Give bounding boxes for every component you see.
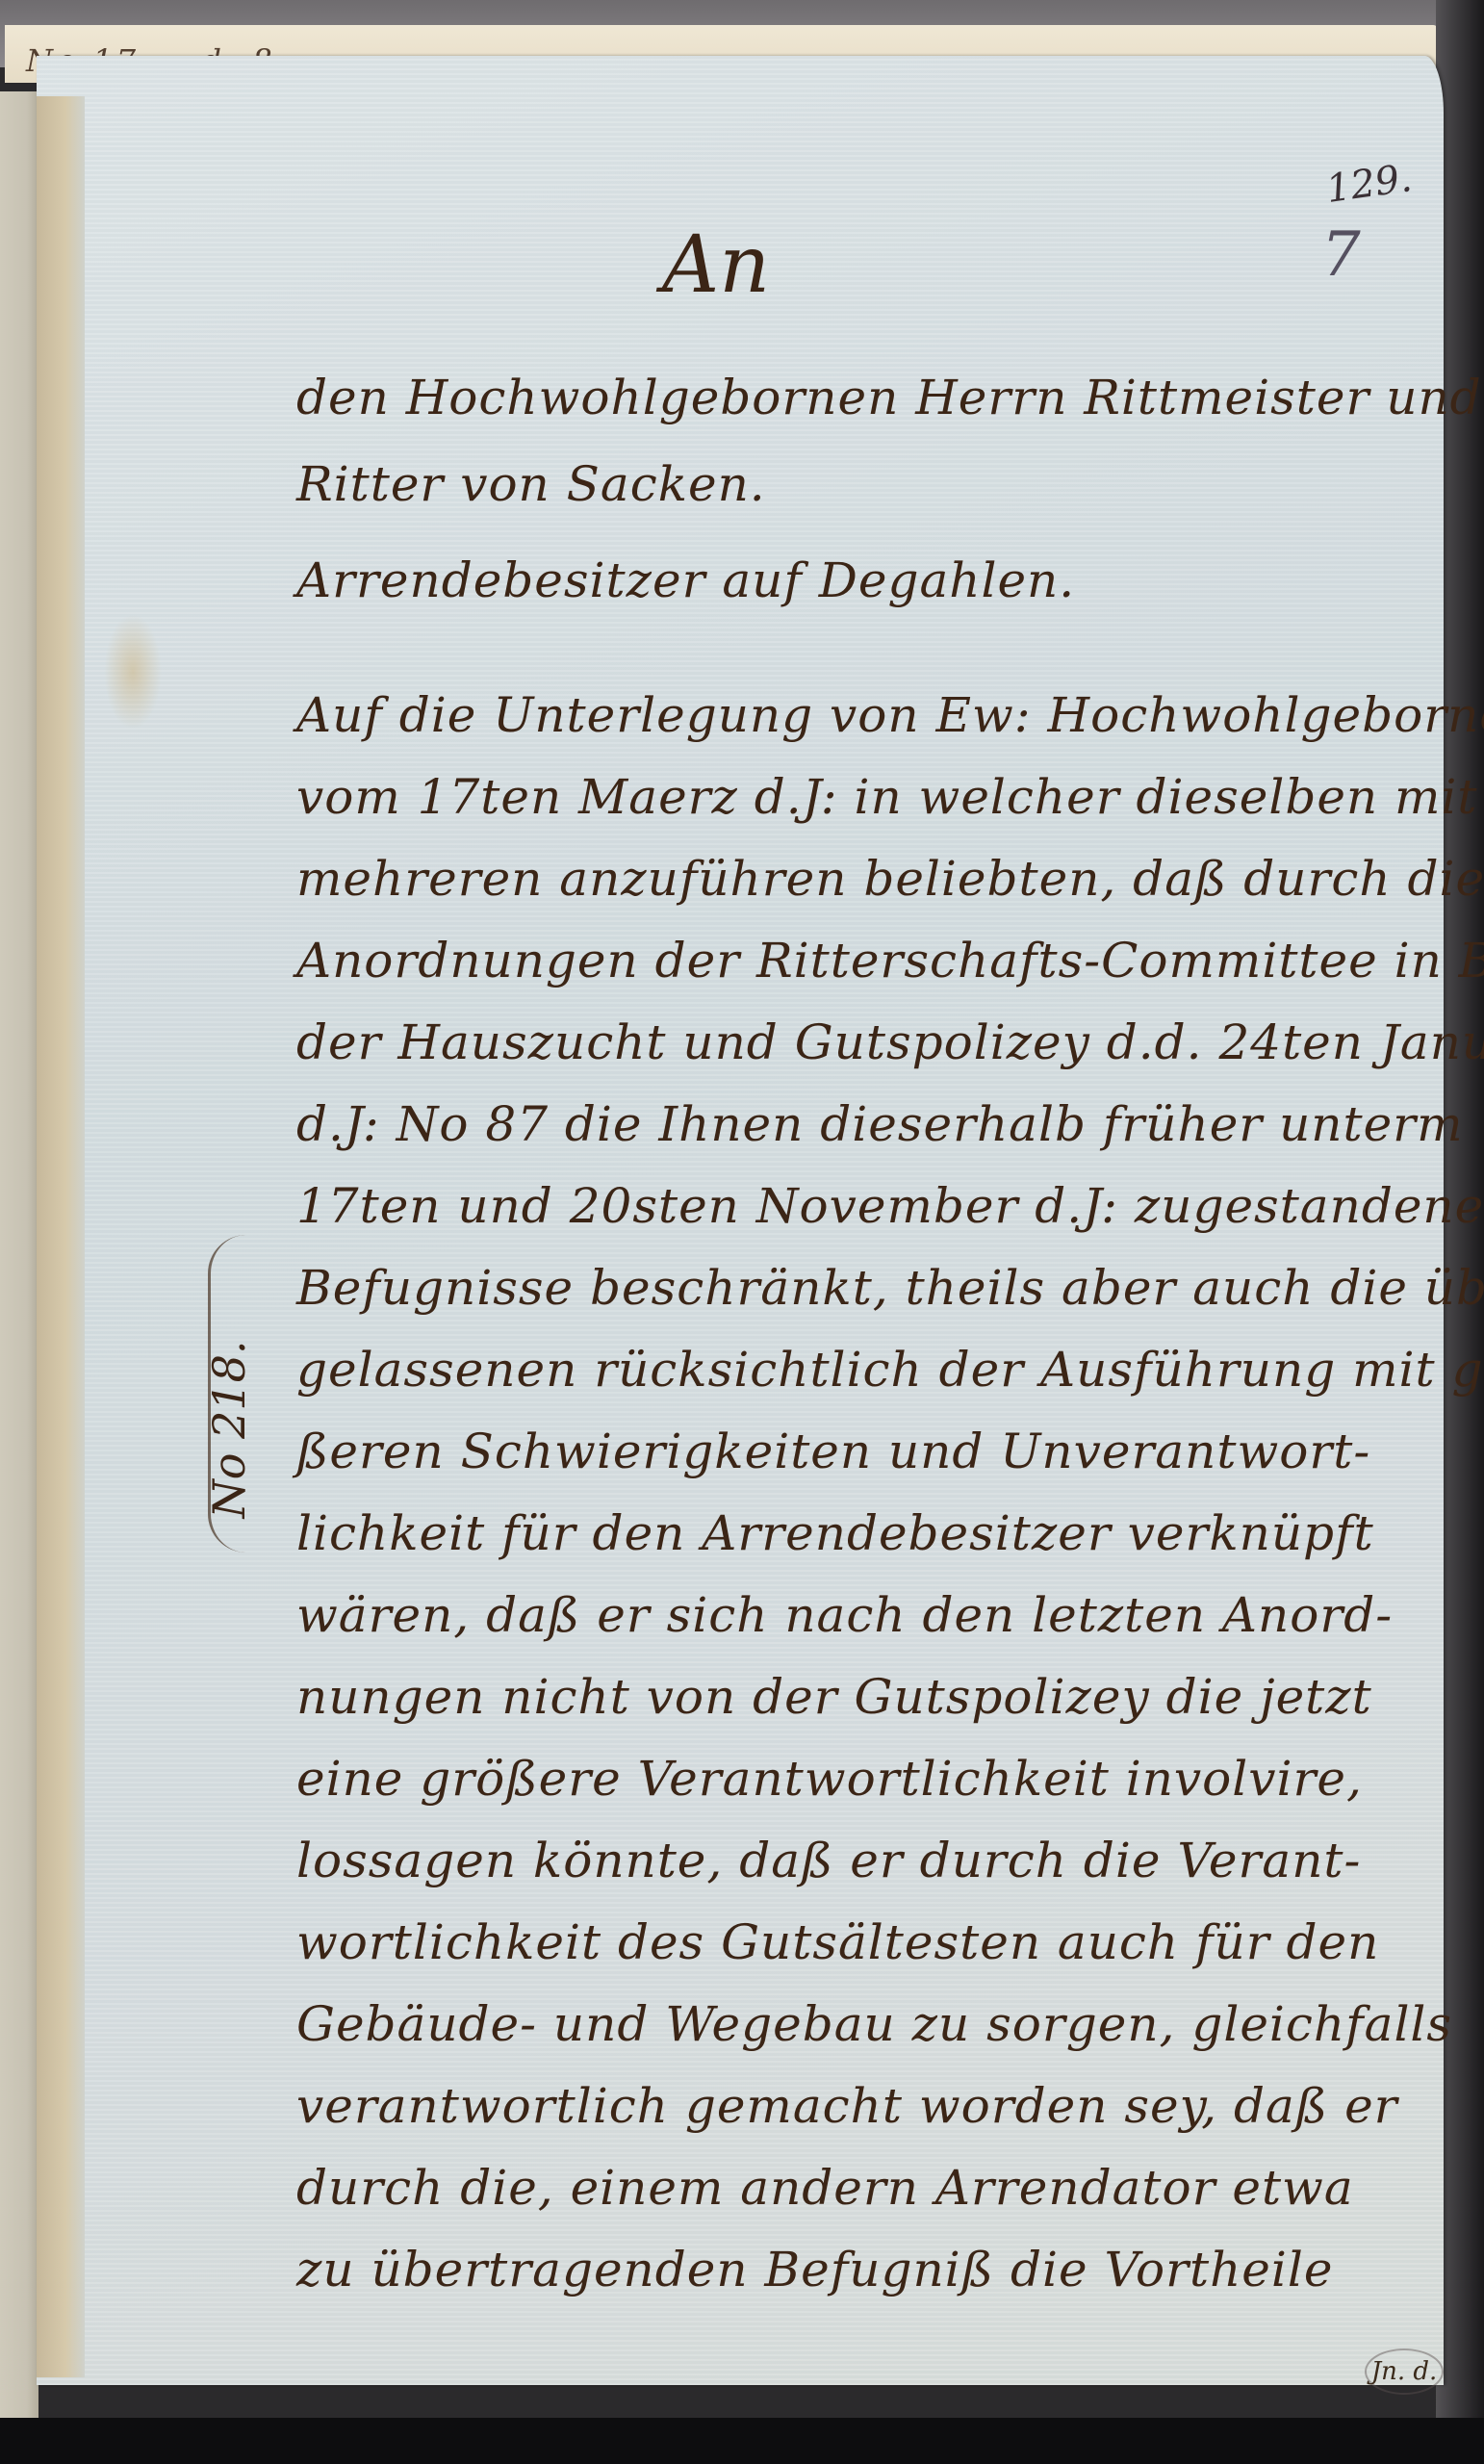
body-line: Auf die Unterlegung von Ew: Hochwohlgebo… — [296, 691, 1484, 739]
body-line: der Hauszucht und Gutspolizey d.d. 24ten… — [296, 1018, 1484, 1066]
binding-gutter — [0, 91, 38, 2430]
binding-fold — [37, 96, 85, 2377]
catchword: Jn. d. — [1365, 2348, 1444, 2395]
address-line: den Hochwohlgebornen Herrn Rittmeister u… — [296, 373, 1482, 422]
body-line: nungen nicht von der Gutspolizey die jet… — [296, 1673, 1372, 1721]
body-line: ßeren Schwierigkeiten und Unverantwort- — [296, 1427, 1370, 1476]
folio-number: 129. — [1323, 156, 1415, 212]
body-line: 17ten und 20sten November d.J: zugestand… — [296, 1182, 1484, 1230]
body-line: d.J: No 87 die Ihnen dieserhalb früher u… — [296, 1100, 1463, 1148]
sheet-number: 7 — [1321, 219, 1361, 291]
address-line: Arrendebesitzer auf Degahlen. — [296, 556, 1075, 604]
margin-note-text: No 218. — [203, 1314, 255, 1545]
body-line: eine größere Verantwortlichkeit involvir… — [296, 1755, 1363, 1803]
margin-note: No 218. — [171, 1297, 277, 1567]
scanner-bottom-band — [0, 2418, 1484, 2464]
body-line: lossagen könnte, daß er durch die Verant… — [296, 1836, 1361, 1885]
body-line: gelassenen rücksichtlich der Ausführung … — [296, 1346, 1484, 1394]
body-line: Befugnisse beschränkt, theils aber auch … — [296, 1264, 1484, 1312]
body-line: Anordnungen der Ritterschafts-Committee … — [296, 937, 1484, 985]
body-line: durch die, einem andern Arrendator etwa — [296, 2164, 1354, 2212]
manuscript-page: 129. 7 An den Hochwohlgebornen Herrn Rit… — [37, 56, 1444, 2385]
body-line: lichkeit für den Arrendebesitzer verknüp… — [296, 1509, 1374, 1557]
salutation-heading: An — [662, 219, 770, 311]
body-line: wären, daß er sich nach den letzten Anor… — [296, 1591, 1393, 1639]
catchword-text: Jn. d. — [1371, 2357, 1438, 2386]
body-line: verantwortlich gemacht worden sey, daß e… — [296, 2082, 1398, 2130]
water-stain — [104, 614, 162, 730]
body-line: wortlichkeit des Gutsältesten auch für d… — [296, 1918, 1379, 1966]
body-line: vom 17ten Maerz d.J: in welcher dieselbe… — [296, 773, 1478, 821]
body-line: mehreren anzuführen beliebten, daß durch… — [296, 855, 1484, 903]
body-line: Gebäude- und Wegebau zu sorgen, gleichfa… — [296, 2000, 1452, 2048]
body-line: zu übertragenden Befugniß die Vortheile — [296, 2246, 1333, 2294]
address-line: Ritter von Sacken. — [296, 460, 766, 508]
